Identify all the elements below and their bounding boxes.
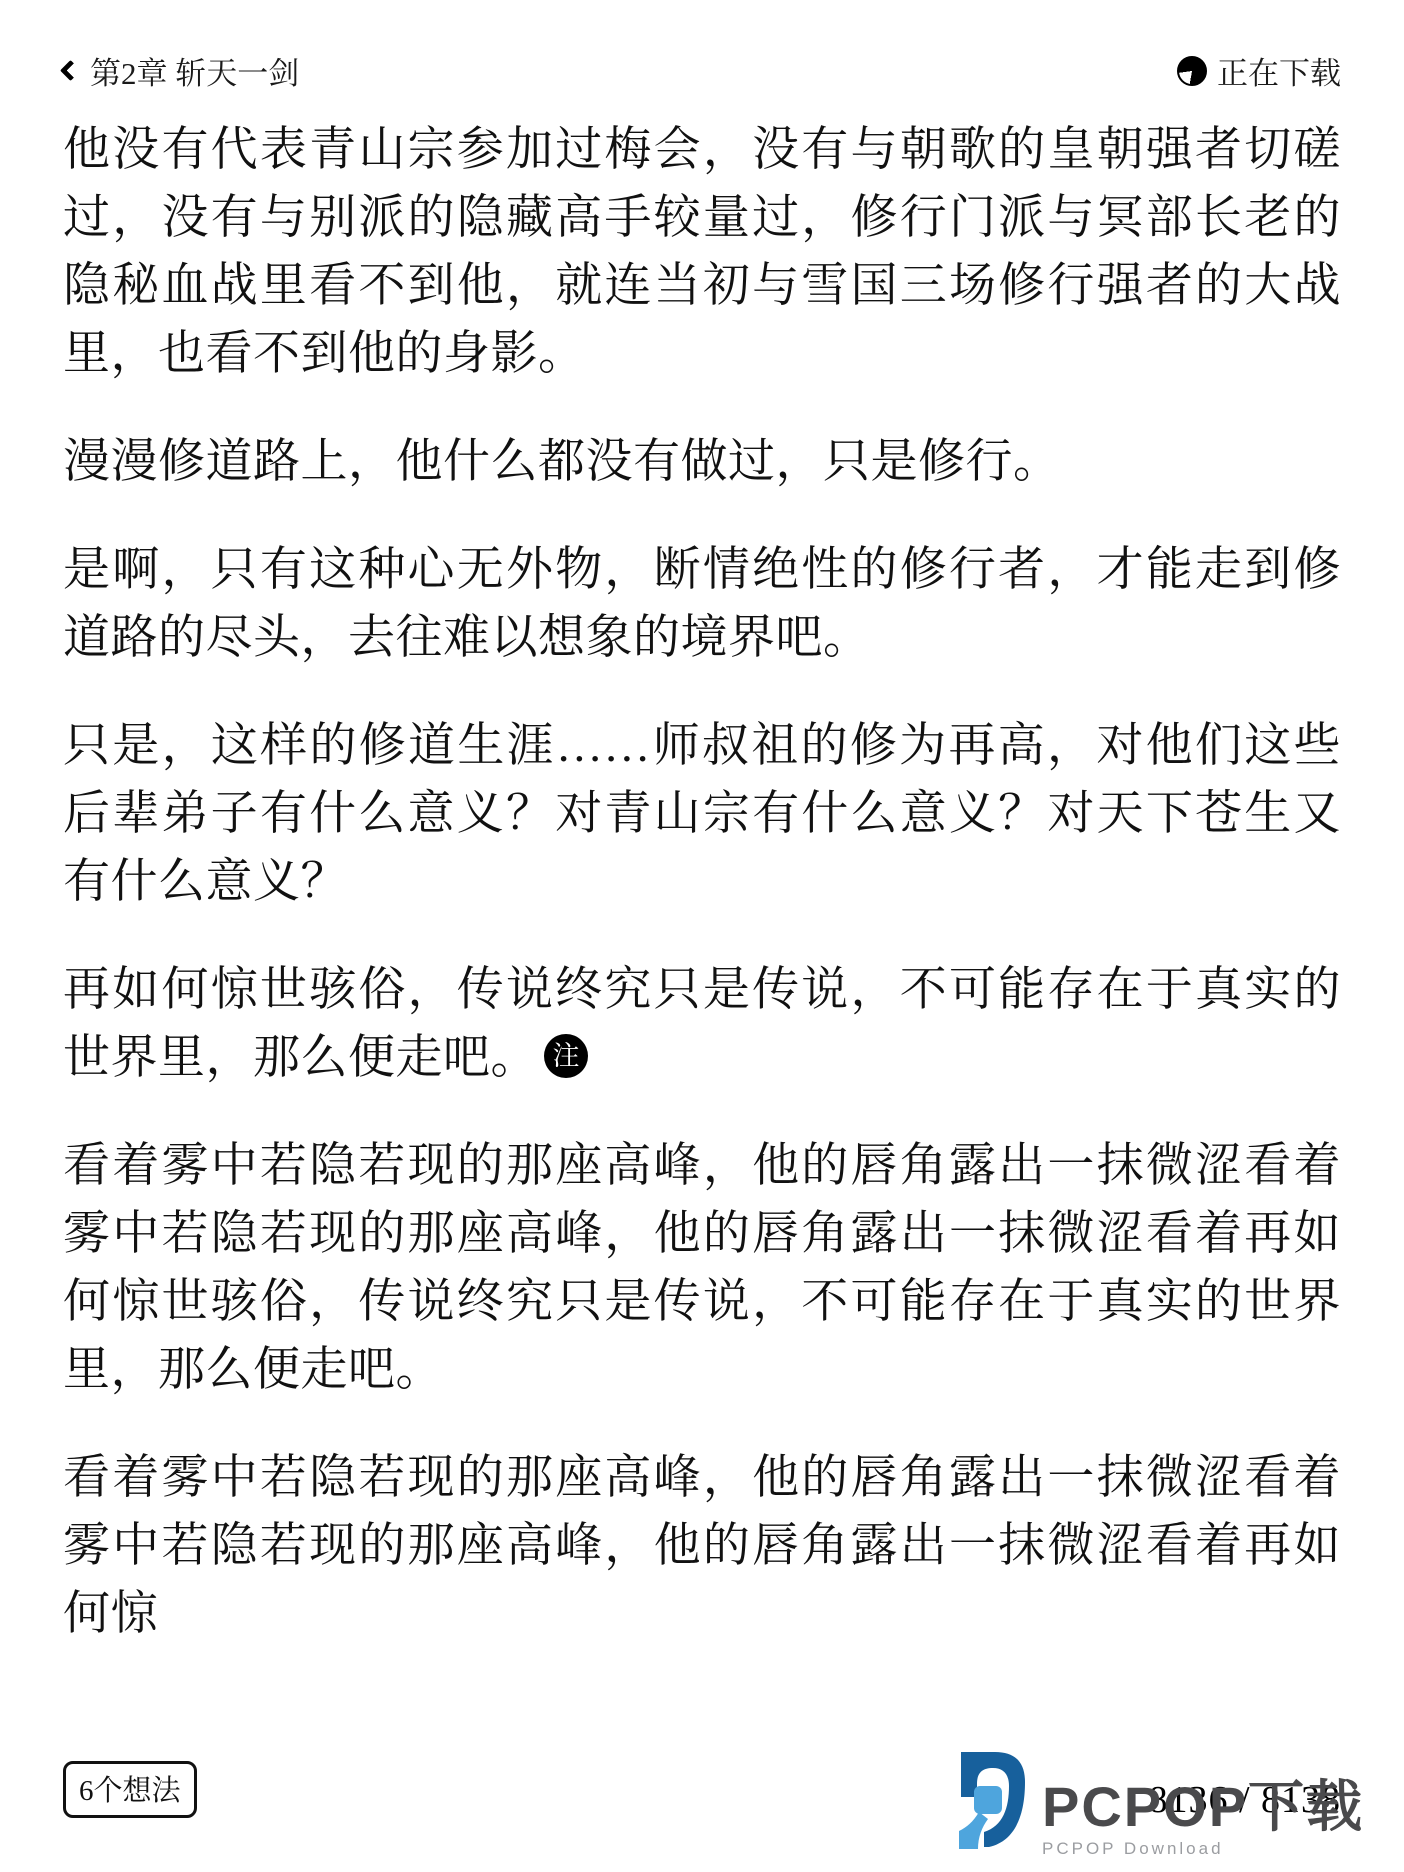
watermark-subtitle: PCPOP Download: [1042, 1840, 1364, 1857]
note-badge[interactable]: 注: [544, 1034, 588, 1078]
back-button[interactable]: 第2章 斩天一剑: [63, 48, 299, 93]
paragraph: 看着雾中若隐若现的那座高峰，他的唇角露出一抹微涩看着雾中若隐若现的那座高峰，他的…: [63, 1132, 1341, 1404]
download-progress-icon: [1177, 56, 1207, 86]
download-status-label: 正在下载: [1217, 48, 1341, 93]
thoughts-button[interactable]: 6个想法: [63, 1761, 197, 1818]
watermark: PCPOP下载 PCPOP Download: [955, 1746, 1364, 1857]
pcpop-logo-icon: [955, 1746, 1029, 1852]
watermark-brand: PCPOP下载: [1042, 1779, 1364, 1835]
download-status: 正在下载: [1177, 48, 1341, 93]
watermark-text: PCPOP下载 PCPOP Download: [1042, 1779, 1364, 1857]
paragraph: 再如何惊世骇俗，传说终究只是传说，不可能存在于真实的世界里，那么便走吧。注: [63, 956, 1341, 1092]
paragraph: 漫漫修道路上，他什么都没有做过，只是修行。: [63, 428, 1341, 496]
reading-area: 他没有代表青山宗参加过梅会，没有与朝歌的皇朝强者切磋过，没有与别派的隐藏高手较量…: [63, 116, 1341, 1688]
paragraph: 看着雾中若隐若现的那座高峰，他的唇角露出一抹微涩看着雾中若隐若现的那座高峰，他的…: [63, 1444, 1341, 1648]
chapter-title: 第2章 斩天一剑: [90, 48, 299, 93]
reader-page: 第2章 斩天一剑 正在下载 他没有代表青山宗参加过梅会，没有与朝歌的皇朝强者切磋…: [0, 0, 1404, 1872]
back-chevron-icon: [60, 60, 81, 81]
paragraph: 是啊，只有这种心无外物，断情绝性的修行者，才能走到修道路的尽头，去往难以想象的境…: [63, 536, 1341, 672]
paragraph: 他没有代表青山宗参加过梅会，没有与朝歌的皇朝强者切磋过，没有与别派的隐藏高手较量…: [63, 116, 1341, 388]
paragraph: 只是，这样的修道生涯……师叔祖的修为再高，对他们这些后辈弟子有什么意义？对青山宗…: [63, 712, 1341, 916]
header: 第2章 斩天一剑 正在下载: [63, 48, 1341, 93]
